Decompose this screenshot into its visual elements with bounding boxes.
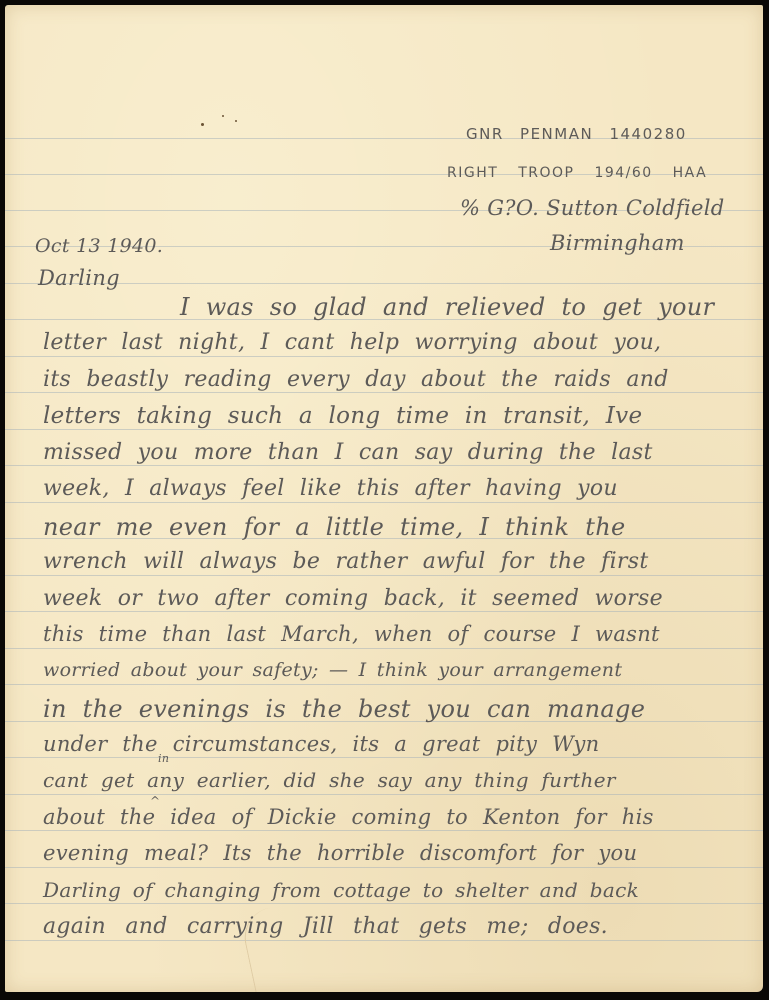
rule-line xyxy=(5,392,763,393)
rule-line xyxy=(5,502,763,503)
rule-line xyxy=(5,611,763,612)
address-line-3: % G?O. Sutton Coldfield xyxy=(460,198,724,219)
rule-line xyxy=(5,465,763,466)
body-line: missed you more than I can say during th… xyxy=(43,442,653,464)
rule-line xyxy=(5,429,763,430)
letter-page: GNR PENMAN 1440280 RIGHT TROOP 194/60 HA… xyxy=(5,5,763,992)
insertion-word: in xyxy=(158,753,169,764)
body-line: week, I always feel like this after havi… xyxy=(43,478,618,500)
body-line: under the circumstances, its a great pit… xyxy=(43,734,600,755)
body-line: about the idea of Dickie coming to Kento… xyxy=(43,807,654,828)
body-line: evening meal? Its the horrible discomfor… xyxy=(43,843,637,864)
rule-line xyxy=(5,684,763,685)
address-line-2: RIGHT TROOP 194/60 HAA xyxy=(447,166,707,180)
address-line-4: Birmingham xyxy=(550,233,685,254)
rule-line xyxy=(5,830,763,831)
rule-line xyxy=(5,794,763,795)
body-line: again and carrying Jill that gets me; do… xyxy=(43,916,608,938)
rule-line xyxy=(5,757,763,758)
letter-date: Oct 13 1940. xyxy=(35,237,163,256)
ink-speck xyxy=(201,123,204,126)
rule-line xyxy=(5,648,763,649)
body-line: in the evenings is the best you can mana… xyxy=(43,697,645,721)
body-line: worried about your safety; — I think you… xyxy=(43,661,622,680)
body-line: I was so glad and relieved to get your xyxy=(180,295,714,319)
body-line: letter last night, I cant help worrying … xyxy=(43,332,661,354)
rule-line xyxy=(5,867,763,868)
rule-line xyxy=(5,575,763,576)
rule-line xyxy=(5,903,763,904)
address-line-1: GNR PENMAN 1440280 xyxy=(466,127,687,142)
salutation: Darling xyxy=(38,268,120,289)
rule-line xyxy=(5,940,763,941)
body-line: cant get any earlier, did she say any th… xyxy=(43,770,616,790)
ink-speck xyxy=(235,120,237,122)
body-line: letters taking such a long time in trans… xyxy=(43,405,642,428)
body-line: its beastly reading every day about the … xyxy=(43,369,669,391)
body-line: Darling of changing from cottage to shel… xyxy=(43,880,639,900)
ink-speck xyxy=(222,115,224,117)
body-line: wrench will always be rather awful for t… xyxy=(43,551,648,573)
body-line: near me even for a little time, I think … xyxy=(43,515,626,539)
rule-line xyxy=(5,356,763,357)
body-line: this time than last March, when of cours… xyxy=(43,624,660,645)
body-line: week or two after coming back, it seemed… xyxy=(43,588,663,610)
